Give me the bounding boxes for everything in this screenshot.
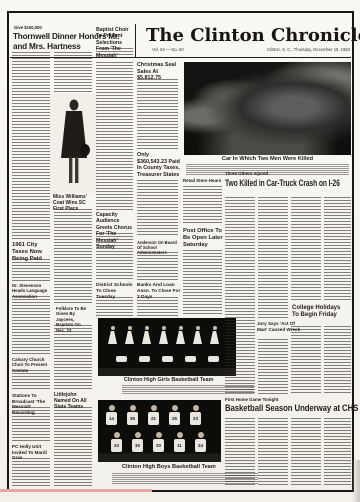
player-head	[109, 405, 115, 411]
basketball-kicker: First Home Game Tonight	[225, 397, 315, 402]
girls-back-row	[108, 326, 219, 344]
calvary-body	[12, 370, 50, 391]
post-office-body	[183, 250, 222, 315]
scan-edge-shadow	[352, 460, 360, 502]
jersey-number: 21	[148, 412, 159, 425]
boys-team-caption: Clinton High Boys Basketball Team	[122, 464, 242, 471]
college-holidays-body	[291, 326, 321, 394]
girls-front-row	[116, 356, 219, 362]
folklore-body	[54, 325, 92, 389]
post-office-headline: Post Office To Be Open Later Saturday	[183, 228, 226, 249]
player-head	[135, 432, 141, 438]
jersey-number: 24	[195, 439, 206, 452]
boys-front-row: 33 30 20 11 24	[111, 432, 206, 452]
basketball-body-col1	[225, 418, 255, 486]
crash-body-col1	[225, 197, 255, 394]
boys-team-photo: 14 35 21 25 23 33 30 20 11 24	[98, 400, 221, 462]
player-head	[151, 405, 157, 411]
crash-kicker: Three Others Injured	[225, 171, 305, 176]
city-taxes-body	[12, 259, 50, 281]
player-head	[156, 432, 162, 438]
christmas-seal-body	[137, 79, 178, 149]
boys-back-row: 14 35 21 25 23	[106, 405, 201, 425]
jury-body	[258, 339, 288, 394]
crash-body-col4b	[324, 326, 351, 394]
pc-holly-body	[12, 458, 50, 486]
county-taxes-headline: Only $360,543.23 Paid In County Taxes, T…	[137, 152, 180, 178]
capacity-audience-body	[96, 233, 133, 281]
basketball-headline: Basketball Season Underway at CHS	[225, 403, 330, 414]
jersey-number: 25	[169, 412, 180, 425]
crash-body-col2	[258, 197, 288, 318]
masthead-volume: Vol. 62 — No. 50	[152, 48, 222, 53]
littlejohn-body	[54, 407, 92, 486]
thornwell-kicker: Give $100,000	[14, 26, 74, 31]
college-holidays-headline: College Holidays To Begin Friday	[292, 305, 346, 320]
masthead-divider-rule	[135, 24, 136, 57]
wreck-photo-caption: Car In Which Two Men Were Killed	[184, 156, 351, 163]
stevenson-body	[12, 296, 50, 355]
jersey-number: 23	[190, 412, 201, 425]
district-schools-body	[96, 297, 133, 316]
anderson-body	[137, 252, 178, 280]
jersey-number: 11	[174, 439, 185, 452]
retail-hours-body	[183, 186, 222, 225]
basketball-body-col3	[291, 418, 321, 486]
crash-headline: Two Killed in Car-Truck Crash on I-26	[225, 178, 320, 189]
girls-team-caption: Clinton High Girls Basketball Team	[124, 377, 240, 383]
crash-body-col3	[291, 197, 321, 302]
county-taxes-body	[137, 180, 178, 237]
thornwell-body-col2	[54, 52, 92, 93]
thornwell-body-col1	[12, 52, 50, 240]
column3-body-top	[96, 62, 133, 210]
player-head	[172, 405, 178, 411]
crash-body-col4	[324, 197, 351, 302]
basketball-body-col4	[324, 418, 351, 486]
player-head	[114, 432, 120, 438]
player-head	[198, 432, 204, 438]
basketball-body-col2	[258, 418, 288, 486]
retail-hours-headline: Retail Store Hours	[183, 178, 225, 183]
stations-body	[12, 407, 50, 442]
player-head	[193, 405, 199, 411]
baptist-choir-body-text	[96, 48, 133, 57]
jersey-number: 20	[153, 439, 164, 452]
jersey-number: 30	[132, 439, 143, 452]
jersey-number: 33	[111, 439, 122, 452]
column2-body	[54, 209, 92, 303]
jersey-number: 14	[106, 412, 117, 425]
player-head	[130, 405, 136, 411]
scan-pink-line	[0, 489, 152, 492]
masthead-title: The Clinton Chronicle	[146, 25, 354, 46]
girls-team-photo	[98, 318, 236, 376]
jersey-number: 35	[127, 412, 138, 425]
wreck-photo	[184, 62, 351, 155]
newspaper-front-page: Give $100,000 Thornwell Dinner Honors Mr…	[0, 0, 360, 502]
banks-close-body	[137, 297, 178, 316]
miss-williams-silhouette	[50, 94, 98, 193]
miss-williams-photo	[50, 94, 98, 193]
masthead-dateline: Clinton, S. C., Thursday, December 19, 1…	[238, 48, 350, 53]
player-head	[177, 432, 183, 438]
